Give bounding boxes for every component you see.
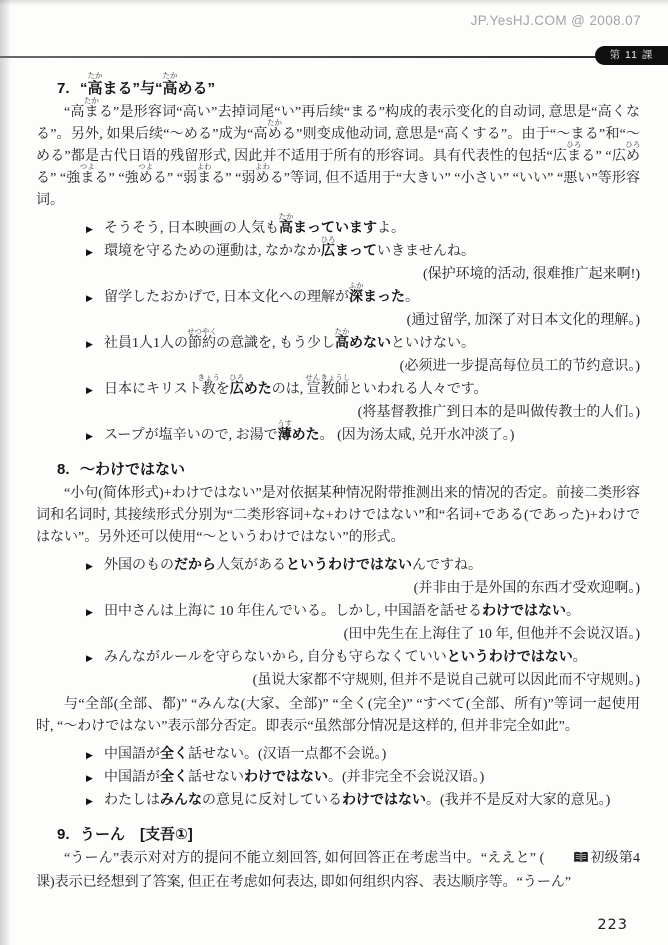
section-heading: 8.～わけではない <box>36 459 640 480</box>
furigana-text: ひろ <box>538 141 581 149</box>
furigana-word: つよ強 <box>125 171 139 186</box>
paragraph: “小句(简体形式)+わけではない”是对依据某种情况附带推测出来的情况的否定。前接… <box>36 483 640 549</box>
furigana-text: よわ <box>169 163 212 171</box>
example-sentence: ▶環境を守るための運動は, なかなかひろ広まっていきませんね。 <box>36 240 640 263</box>
paragraph: “うーん”表示对对方的提问不能立刻回答, 如何回答正在考虑当中。“ええと” (初… <box>36 848 640 894</box>
furigana-text: たか <box>335 328 350 336</box>
example-text: 中国語が全く話せない。(汉语一点都不会说。) <box>104 747 386 762</box>
section-title: うーん [支吾①] <box>80 826 193 843</box>
example-text: 田中さんは上海に 10 年住んでいる。しかし, 中国語を話せるわけではない。 <box>104 604 580 619</box>
furigana-word: せんきょうし宣教師 <box>307 382 349 397</box>
furigana-word: ふか深 <box>349 290 363 305</box>
bullet-icon: ▶ <box>86 601 93 624</box>
furigana-text: つよ <box>110 163 153 171</box>
bullet-icon: ▶ <box>86 555 93 578</box>
furigana-word: たか高 <box>253 127 267 142</box>
bullet-icon: ▶ <box>86 379 93 402</box>
furigana-text: たか <box>239 119 282 127</box>
example-sentence: ▶みんながルールを守らないから, 自分も守らなくていいというわけではない。 <box>36 646 640 669</box>
bullet-icon: ▶ <box>86 287 93 310</box>
section-9: 9.うーん [支吾①]“うーん”表示对对方的提问不能立刻回答, 如何回答正在考虑… <box>36 824 640 894</box>
example-sentence: ▶日本にキリストきょう教をひろ広めたのは, せんきょうし宣教師といわれる人々です… <box>36 378 640 401</box>
furigana-text: つよ <box>52 163 95 171</box>
example-sentence: ▶中国語が全く話せないわけではない。(并非完全不会说汉语。) <box>36 766 640 789</box>
section-number: 8. <box>57 459 80 480</box>
example-sentence: ▶外国のものだから人気があるというわけではないんですね。 <box>36 554 640 577</box>
section-heading: 7.“たか高まる”与“たか高める” <box>36 78 640 99</box>
furigana-text: たか <box>56 97 99 105</box>
section-7: 7.“たか高まる”与“たか高める”“たか高まる”是形容词“高い”去掉词尾“い”再… <box>36 78 640 447</box>
example-text: 留学したおかげで, 日本文化への理解がふか深まった。 <box>104 290 419 305</box>
furigana-text: よわ <box>227 163 270 171</box>
example-text: わたしはみんなの意見に反対しているわけではない。(我并不是反对大家的意见。) <box>104 793 610 808</box>
translation-line: (虽说大家都不守规则, 但并不是说自己就可以因此而不守规则。) <box>36 669 640 692</box>
section-title: “たか高まる”与“たか高める” <box>80 80 215 97</box>
furigana-word: きょう教 <box>202 382 216 397</box>
page-number: 223 <box>597 917 628 933</box>
bullet-icon: ▶ <box>86 333 93 356</box>
furigana-word: ひろ広 <box>321 244 335 259</box>
furigana-text: ふか <box>349 282 364 290</box>
furigana-text: たか <box>88 72 103 80</box>
example-text: 日本にキリストきょう教をひろ広めたのは, せんきょうし宣教師といわれる人々です。 <box>104 382 488 397</box>
translation-line: (并非由于是外国的东西才受欢迎啊。) <box>36 577 640 600</box>
furigana-text: ひろ <box>597 141 640 149</box>
book-icon <box>545 850 589 872</box>
section-title: ～わけではない <box>80 461 185 478</box>
furigana-word: たか高 <box>70 105 84 120</box>
translation-line: (保护环境的活动, 很难推广起来啊!) <box>36 263 640 286</box>
watermark: JP.YesHJ.COM @ 2008.07 <box>471 13 641 28</box>
example-text: 中国語が全く話せないわけではない。(并非完全不会说汉语。) <box>104 770 484 785</box>
bullet-icon: ▶ <box>86 241 93 264</box>
example-text: 社員1人1人のせつやく節約の意識を, もう少したか高めないといけない。 <box>104 336 475 351</box>
example-text: みんながルールを守らないから, 自分も守らなくていいというわけではない。 <box>104 650 587 665</box>
furigana-word: たか高 <box>279 221 293 236</box>
furigana-text: ひろ <box>229 374 244 382</box>
translation-line: (田中先生在上海住了 10 年, 但他并不会说汉语。) <box>36 623 640 646</box>
lesson-tab: 第 11 課 <box>595 46 668 65</box>
furigana-word: つよ強 <box>66 171 80 186</box>
example-text: そうそう, 日本映画の人気もたか高まっていますよ。 <box>104 221 405 236</box>
example-text: 環境を守るための運動は, なかなかひろ広まっていきませんね。 <box>104 244 475 259</box>
paragraph: 与“全部(全部、都)” “みんな(大家、全部)” “全く(完全)” “すべて(全… <box>36 694 640 738</box>
furigana-word: よわ弱 <box>183 171 197 186</box>
section-number: 7. <box>57 78 80 99</box>
bullet-icon: ▶ <box>86 767 93 790</box>
example-sentence: ▶そうそう, 日本映画の人気もたか高まっていますよ。 <box>36 217 640 240</box>
section-8: 8.～わけではない“小句(简体形式)+わけではない”是对依据某种情况附带推测出来… <box>36 459 640 812</box>
furigana-word: たか高 <box>88 80 103 97</box>
furigana-word: たか高 <box>335 336 349 351</box>
textbook-page: JP.YesHJ.COM @ 2008.07 第 11 課 7.“たか高まる”与… <box>0 0 668 945</box>
paragraph: “たか高まる”是形容词“高い”去掉词尾“い”再后续“まる”构成的表示变化的自动词… <box>36 102 640 212</box>
furigana-text: きょう <box>197 374 220 382</box>
example-sentence: ▶田中さんは上海に 10 年住んでいる。しかし, 中国語を話せるわけではない。 <box>36 600 640 623</box>
example-text: 外国のものだから人気があるというわけではないんですね。 <box>104 558 482 573</box>
furigana-word: ひろ広 <box>230 382 244 397</box>
furigana-text: せんきょうし <box>305 374 350 382</box>
translation-line: (将基督教推广到日本的是叫做传教士的人们。) <box>36 401 640 424</box>
content: 7.“たか高まる”与“たか高める”“たか高まる”是形容词“高い”去掉词尾“い”再… <box>36 64 640 894</box>
furigana-text: うす <box>277 420 292 428</box>
example-sentence: ▶スープが塩辛いので, お湯でうす薄めた。 (因为汤太咸, 兑开水冲淡了。) <box>36 424 640 447</box>
furigana-word: せつやく節約 <box>188 336 216 351</box>
furigana-text: たか <box>163 72 178 80</box>
section-number: 9. <box>57 824 80 845</box>
furigana-word: ひろ広 <box>612 149 626 164</box>
bullet-icon: ▶ <box>86 647 93 670</box>
furigana-text: ひろ <box>321 236 336 244</box>
furigana-text: たか <box>279 213 294 221</box>
furigana-word: ひろ広 <box>553 149 567 164</box>
furigana-word: よわ弱 <box>241 171 255 186</box>
section-heading: 9.うーん [支吾①] <box>36 824 640 845</box>
example-sentence: ▶留学したおかげで, 日本文化への理解がふか深まった。 <box>36 286 640 309</box>
example-text: スープが塩辛いので, お湯でうす薄めた。 (因为汤太咸, 兑开水冲淡了。) <box>104 428 514 443</box>
furigana-text: せつやく <box>187 328 217 336</box>
header-rule <box>0 56 622 58</box>
furigana-word: たか高 <box>163 80 178 97</box>
example-sentence: ▶中国語が全く話せない。(汉语一点都不会说。) <box>36 743 640 766</box>
furigana-word: うす薄 <box>278 428 292 443</box>
bullet-icon: ▶ <box>86 425 93 448</box>
bullet-icon: ▶ <box>86 790 93 813</box>
example-sentence: ▶社員1人1人のせつやく節約の意識を, もう少したか高めないといけない。 <box>36 332 640 355</box>
example-sentence: ▶わたしはみんなの意見に反対しているわけではない。(我并不是反对大家的意见。) <box>36 789 640 812</box>
bullet-icon: ▶ <box>86 218 93 241</box>
bullet-icon: ▶ <box>86 744 93 767</box>
